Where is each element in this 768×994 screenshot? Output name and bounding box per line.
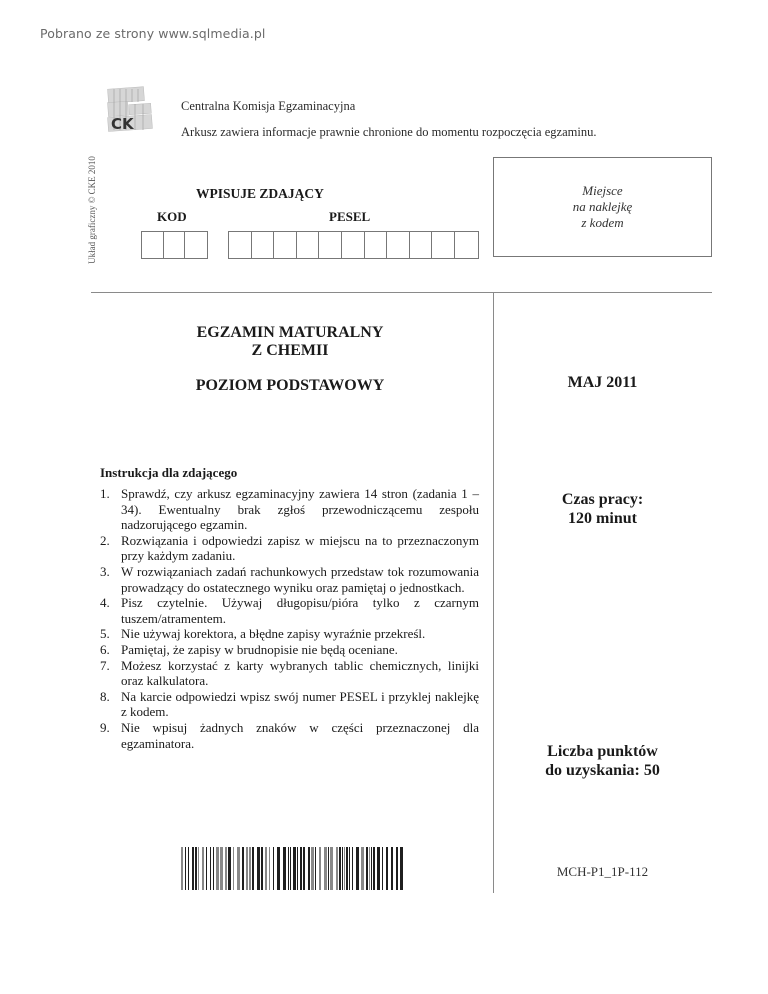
instruction-item: 7.Możesz korzystać z karty wybranych tab… bbox=[100, 658, 479, 689]
instruction-number: 5. bbox=[100, 626, 110, 642]
pesel-box[interactable] bbox=[229, 232, 252, 258]
pesel-box[interactable] bbox=[274, 232, 297, 258]
instruction-text: Pamiętaj, że zapisy w brudnopisie nie bę… bbox=[121, 642, 398, 657]
pesel-box[interactable] bbox=[342, 232, 365, 258]
exam-title: EGZAMIN MATURALNY Z CHEMII bbox=[170, 324, 410, 360]
instruction-item: 9.Nie wpisuj żadnych znaków w części prz… bbox=[100, 720, 479, 751]
instruction-text: Nie używaj korektora, a błędne zapisy wy… bbox=[121, 626, 425, 641]
max-points: Liczba punktów do uzyskania: 50 bbox=[493, 742, 712, 780]
barcode bbox=[181, 847, 403, 890]
exam-duration: Czas pracy: 120 minut bbox=[493, 490, 712, 528]
instruction-number: 9. bbox=[100, 720, 110, 736]
source-watermark: Pobrano ze strony www.sqlmedia.pl bbox=[40, 26, 266, 41]
instruction-number: 2. bbox=[100, 533, 110, 549]
horizontal-divider bbox=[91, 292, 712, 293]
pesel-box[interactable] bbox=[410, 232, 433, 258]
pesel-box[interactable] bbox=[319, 232, 342, 258]
instruction-text: Sprawdź, czy arkusz egzaminacyjny zawier… bbox=[121, 486, 479, 532]
instruction-item: 3.W rozwiązaniach zadań rachunkowych prz… bbox=[100, 564, 479, 595]
instruction-item: 2.Rozwiązania i odpowiedzi zapisz w miej… bbox=[100, 533, 479, 564]
pesel-box[interactable] bbox=[252, 232, 275, 258]
organization-name: Centralna Komisja Egzaminacyjna bbox=[181, 99, 355, 114]
instruction-number: 4. bbox=[100, 595, 110, 611]
pesel-box[interactable] bbox=[432, 232, 455, 258]
pesel-box[interactable] bbox=[297, 232, 320, 258]
instruction-number: 7. bbox=[100, 658, 110, 674]
legal-notice: Arkusz zawiera informacje prawnie chroni… bbox=[181, 125, 596, 140]
instruction-text: Na karcie odpowiedzi wpisz swój numer PE… bbox=[121, 689, 479, 720]
instruction-number: 6. bbox=[100, 642, 110, 658]
exam-date: MAJ 2011 bbox=[493, 374, 712, 392]
instruction-number: 8. bbox=[100, 689, 110, 705]
pesel-label: PESEL bbox=[329, 209, 370, 225]
sticker-text: Miejsce bbox=[582, 183, 622, 199]
instructions-list: 1.Sprawdź, czy arkusz egzaminacyjny zawi… bbox=[100, 486, 479, 751]
kod-box[interactable] bbox=[185, 232, 207, 258]
instruction-item: 4.Pisz czytelnie. Używaj długopisu/pióra… bbox=[100, 595, 479, 626]
kod-label: KOD bbox=[157, 209, 187, 225]
design-credit: Układ graficzny © CKE 2010 bbox=[84, 148, 100, 272]
instruction-text: Rozwiązania i odpowiedzi zapisz w miejsc… bbox=[121, 533, 479, 564]
exam-code: MCH-P1_1P-112 bbox=[493, 864, 712, 880]
kod-box[interactable] bbox=[142, 232, 164, 258]
pesel-box[interactable] bbox=[365, 232, 388, 258]
instruction-text: Możesz korzystać z karty wybranych tabli… bbox=[121, 658, 479, 689]
sticker-text: na naklejkę bbox=[573, 199, 633, 215]
kod-input-boxes[interactable] bbox=[141, 231, 208, 259]
pesel-box[interactable] bbox=[455, 232, 478, 258]
instruction-number: 1. bbox=[100, 486, 110, 502]
pesel-box[interactable] bbox=[387, 232, 410, 258]
exam-title-line2: Z CHEMII bbox=[170, 342, 410, 360]
instruction-item: 1.Sprawdź, czy arkusz egzaminacyjny zawi… bbox=[100, 486, 479, 533]
pesel-input-boxes[interactable] bbox=[228, 231, 479, 259]
instruction-text: W rozwiązaniach zadań rachunkowych przed… bbox=[121, 564, 479, 595]
sticker-text: z kodem bbox=[581, 215, 623, 231]
kod-box[interactable] bbox=[164, 232, 186, 258]
exam-level: POZIOM PODSTAWOWY bbox=[170, 377, 410, 395]
candidate-section-title: WPISUJE ZDAJĄCY bbox=[196, 186, 324, 202]
instruction-item: 6.Pamiętaj, że zapisy w brudnopisie nie … bbox=[100, 642, 479, 658]
instruction-text: Nie wpisuj żadnych znaków w części przez… bbox=[121, 720, 479, 751]
instruction-item: 5.Nie używaj korektora, a błędne zapisy … bbox=[100, 626, 479, 642]
instruction-number: 3. bbox=[100, 564, 110, 580]
instruction-item: 8.Na karcie odpowiedzi wpisz swój numer … bbox=[100, 689, 479, 720]
sticker-placeholder: Miejscena naklejkęz kodem bbox=[493, 157, 712, 257]
svg-text:CK: CK bbox=[111, 115, 135, 133]
exam-title-line1: EGZAMIN MATURALNY bbox=[170, 324, 410, 342]
instructions-heading: Instrukcja dla zdającego bbox=[100, 465, 237, 481]
instruction-text: Pisz czytelnie. Używaj długopisu/pióra t… bbox=[121, 595, 479, 626]
cke-logo: CK bbox=[105, 86, 155, 133]
